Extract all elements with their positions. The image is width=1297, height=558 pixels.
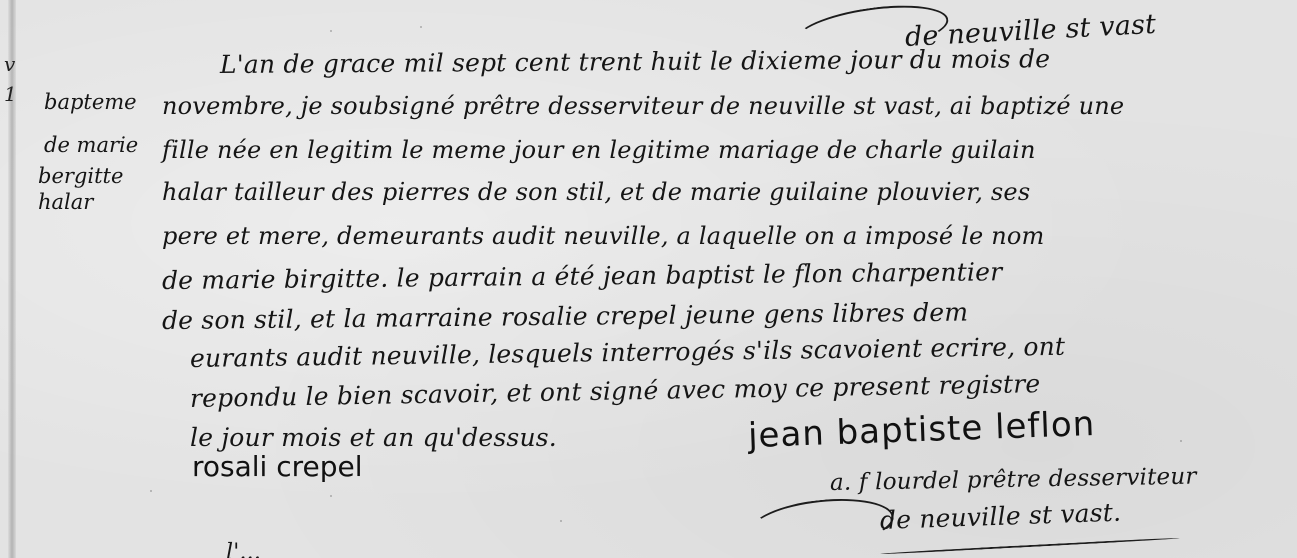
paper-speck	[1180, 440, 1182, 442]
body-line-6: de marie birgitte. le parrain a été jean…	[162, 257, 1003, 295]
priest-signature-line: a. f lourdel prêtre desserviteur	[830, 464, 1197, 496]
paper-speck	[330, 30, 332, 32]
margin-note-line-4: halar	[38, 190, 93, 214]
body-line-3: fille née en legitim le meme jour en leg…	[162, 136, 1036, 164]
paper-speck	[330, 495, 332, 497]
body-line-1: L'an de grace mil sept cent trent huit l…	[220, 44, 1050, 79]
body-line-8: eurants audit neuville, lesquels interro…	[190, 332, 1066, 373]
body-line-4: halar tailleur des pierres de son stil, …	[162, 178, 1030, 206]
partial-next-entry: l'...	[226, 540, 261, 558]
margin-note-line-3: bergitte	[38, 164, 123, 188]
priest-parish-line: de neuville st vast.	[879, 498, 1121, 535]
margin-note-line-2: de marie	[44, 133, 138, 157]
paper-speck	[560, 520, 562, 522]
body-line-9: repondu le bien scavoir, et ont signé av…	[190, 369, 1041, 413]
body-line-7: de son stil, et la marraine rosalie crep…	[162, 298, 969, 335]
signature-underline	[880, 537, 1180, 555]
godfather-signature: jean baptiste leflon	[747, 404, 1095, 456]
paper-speck	[150, 490, 152, 492]
godmother-signature: rosali crepel	[192, 450, 363, 483]
manuscript-page: v 1 de neuville st vast bapteme de marie…	[0, 0, 1297, 558]
body-line-10: le jour mois et an qu'dessus.	[190, 423, 557, 452]
body-line-5: pere et mere, demeurants audit neuville,…	[162, 222, 1044, 250]
edge-mark: 1	[4, 82, 17, 106]
priest-flourish	[748, 493, 896, 556]
paper-speck	[420, 26, 422, 28]
body-line-2: novembre, je soubsigné prêtre desservite…	[162, 92, 1124, 120]
edge-mark: v	[4, 52, 15, 76]
margin-note-line-1: bapteme	[44, 90, 137, 114]
